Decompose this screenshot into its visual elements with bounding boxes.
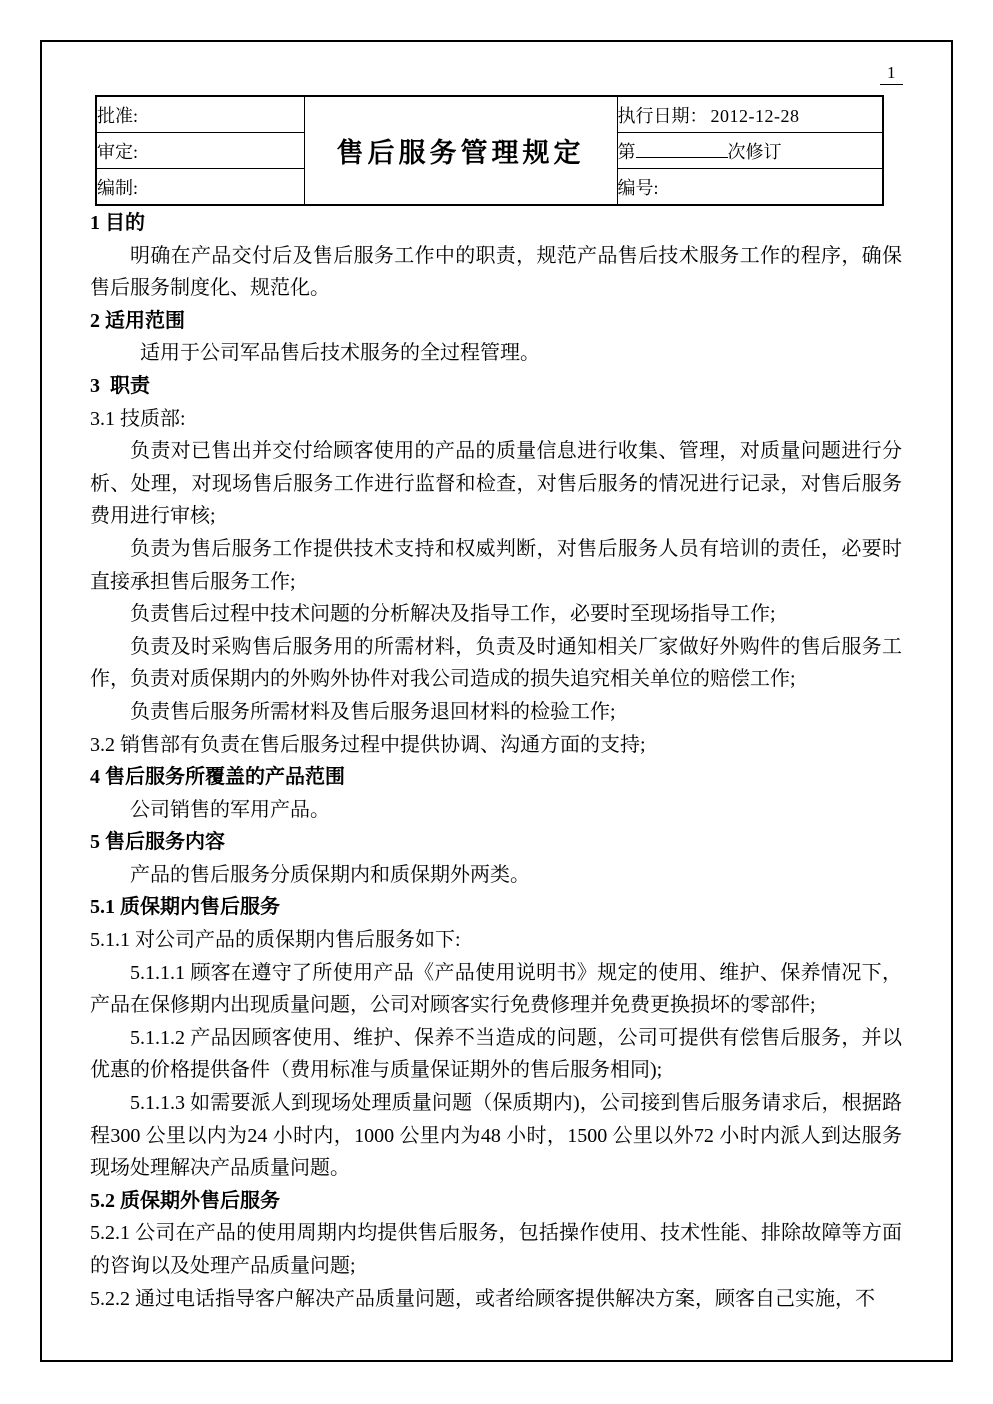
approve-cell: 批准: <box>96 96 304 133</box>
body-paragraph: 负责为售后服务工作提供技术支持和权威判断，对售后服务人员有培训的责任，必要时直接… <box>90 533 902 598</box>
header-row-1: 批准: 售后服务管理规定 执行日期：2012-12-28 <box>96 96 883 133</box>
body-paragraph: 产品的售后服务分质保期内和质保期外两类。 <box>90 859 902 892</box>
document-body: 1 目的明确在产品交付后及售后服务工作中的职责，规范产品售后技术服务工作的程序，… <box>90 207 902 1315</box>
body-paragraph: 5.1.1.1 顾客在遵守了所使用产品《产品使用说明书》规定的使用、维护、保养情… <box>90 957 902 1022</box>
section-heading: 3 职责 <box>90 370 902 403</box>
doc-number-cell: 编号: <box>617 169 883 206</box>
body-paragraph: 5.1.1 对公司产品的质保期内售后服务如下: <box>90 924 902 957</box>
body-paragraph: 5.2.1 公司在产品的使用周期内均提供售后服务，包括操作使用、技术性能、排除故… <box>90 1217 902 1282</box>
revision-cell: 第次修订 <box>617 133 883 169</box>
compile-label: 编制: <box>97 178 138 198</box>
section-heading: 5.2 质保期外售后服务 <box>90 1185 902 1218</box>
body-paragraph: 适用于公司军品售后技术服务的全过程管理。 <box>90 337 902 370</box>
review-label: 审定: <box>97 142 138 162</box>
body-paragraph: 负责及时采购售后服务用的所需材料，负责及时通知相关厂家做好外购件的售后服务工作，… <box>90 631 902 696</box>
document-title: 售后服务管理规定 <box>304 96 617 205</box>
body-paragraph: 公司销售的军用产品。 <box>90 794 902 827</box>
section-heading: 1 目的 <box>90 207 902 240</box>
page-number: 1 <box>880 62 903 85</box>
body-paragraph: 3.2 销售部有负责在售后服务过程中提供协调、沟通方面的支持; <box>90 729 902 762</box>
body-paragraph: 负责售后服务所需材料及售后服务退回材料的检验工作; <box>90 696 902 729</box>
section-heading: 2 适用范围 <box>90 305 902 338</box>
exec-date-label: 执行日期： <box>618 106 708 126</box>
body-paragraph: 5.1.1.3 如需要派人到现场处理质量问题（保质期内)，公司接到售后服务请求后… <box>90 1087 902 1185</box>
body-paragraph: 5.1.1.2 产品因顾客使用、维护、保养不当造成的问题，公司可提供有偿售后服务… <box>90 1022 902 1087</box>
section-heading: 5.1 质保期内售后服务 <box>90 891 902 924</box>
exec-date-value: 2012-12-28 <box>711 106 800 126</box>
body-paragraph: 负责售后过程中技术问题的分析解决及指导工作，必要时至现场指导工作; <box>90 598 902 631</box>
body-paragraph: 负责对已售出并交付给顾客使用的产品的质量信息进行收集、管理，对质量问题进行分析、… <box>90 435 902 533</box>
body-paragraph: 明确在产品交付后及售后服务工作中的职责，规范产品售后技术服务工作的程序，确保售后… <box>90 240 902 305</box>
header-table: 批准: 售后服务管理规定 执行日期：2012-12-28 审定: 第次修订 编制… <box>95 95 884 206</box>
compile-cell: 编制: <box>96 169 304 206</box>
body-paragraph: 3.1 技质部: <box>90 403 902 436</box>
revision-suffix: 次修订 <box>728 142 782 162</box>
section-heading: 4 售后服务所覆盖的产品范围 <box>90 761 902 794</box>
doc-number-label: 编号: <box>618 178 659 198</box>
section-heading: 5 售后服务内容 <box>90 826 902 859</box>
exec-date-cell: 执行日期：2012-12-28 <box>617 96 883 133</box>
revision-blank <box>636 138 728 158</box>
revision-prefix: 第 <box>618 142 636 162</box>
review-cell: 审定: <box>96 133 304 169</box>
body-paragraph: 5.2.2 通过电话指导客户解决产品质量问题，或者给顾客提供解决方案，顾客自己实… <box>90 1283 902 1316</box>
approve-label: 批准: <box>97 106 138 126</box>
